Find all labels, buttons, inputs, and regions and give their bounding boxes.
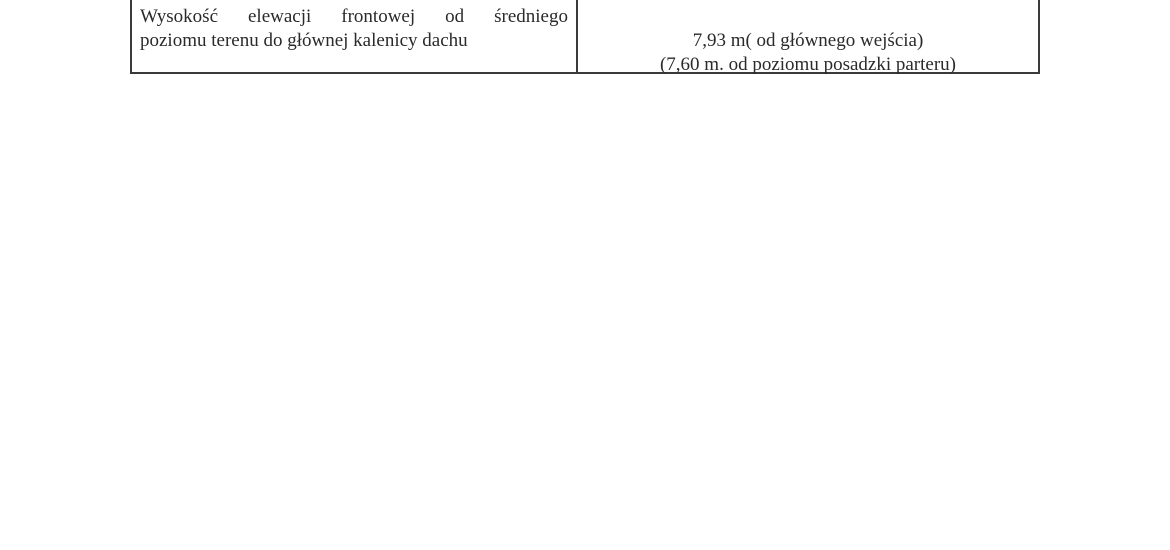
parameter-label-line-1: Wysokość elewacji frontowej od średniego — [140, 5, 568, 29]
blank-page-area — [0, 80, 1170, 550]
parameter-label-line-2: poziomu terenu do głównej kalenicy dachu — [140, 29, 568, 53]
parameter-value-line-1: 7,93 m( od głównego wejścia) — [586, 29, 1030, 53]
building-parameters-table: Wysokość elewacji frontowej od średniego… — [130, 0, 1040, 74]
table-cell-parameter-value: 7,93 m( od głównego wejścia) (7,60 m. od… — [578, 0, 1038, 72]
parameter-value-line-2: (7,60 m. od poziomu posadzki parteru) — [586, 53, 1030, 77]
table-cell-parameter-label: Wysokość elewacji frontowej od średniego… — [132, 0, 578, 72]
